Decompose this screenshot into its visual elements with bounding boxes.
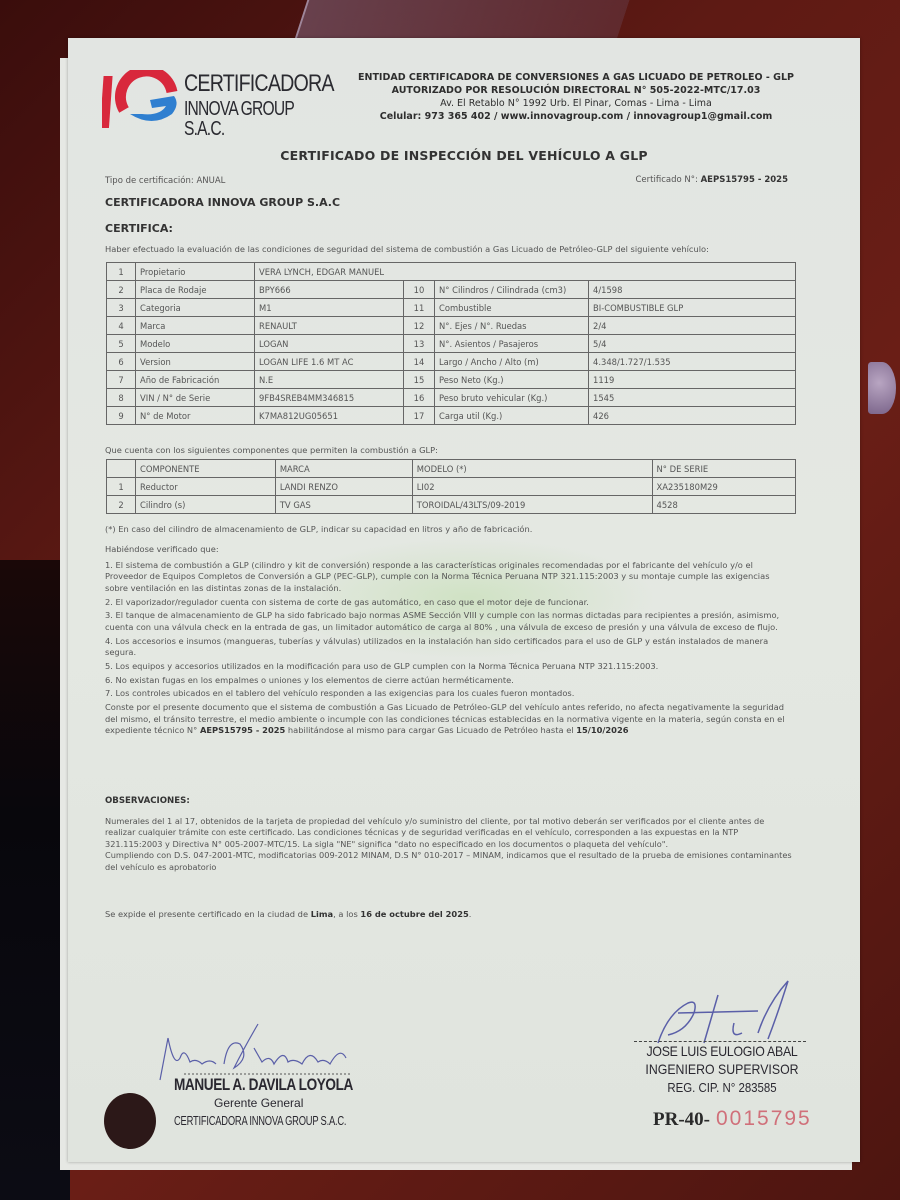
- manager-role: Gerente General: [214, 1096, 303, 1110]
- row-label-2: N°. Asientos / Pasajeros: [435, 335, 589, 353]
- supervisor-signature: [638, 973, 798, 1048]
- supervisor-role: INGENIERO SUPERVISOR: [645, 1061, 800, 1077]
- row-label: VIN / N° de Serie: [136, 389, 255, 407]
- components-note: (*) En caso del cilindro de almacenamien…: [105, 524, 532, 534]
- table-row: 4MarcaRENAULT12N°. Ejes / N°. Ruedas2/4: [107, 317, 796, 335]
- row-label-2: Carga util (Kg.): [435, 407, 589, 425]
- table-row: 3CategoriaM111CombustibleBI-COMBUSTIBLE …: [107, 299, 796, 317]
- row-value: LOGAN LIFE 1.6 MT AC: [255, 353, 404, 371]
- table-cell: TV GAS: [275, 496, 412, 514]
- row-value-2: 5/4: [589, 335, 796, 353]
- row-number-2: 14: [404, 353, 435, 371]
- cert-number: Certificado N°: AEPS15795 - 2025: [636, 175, 789, 185]
- table-cell: 1: [107, 478, 136, 496]
- row-label-2: N°. Ejes / N°. Ruedas: [435, 317, 589, 335]
- row-number-2: 11: [404, 299, 435, 317]
- table-cell: Cilindro (s): [136, 496, 276, 514]
- conste-paragraph: Conste por el presente documento que el …: [105, 702, 795, 736]
- verification-item: 4. Los accesorios e insumos (mangueras, …: [105, 636, 795, 659]
- row-number: 8: [107, 389, 136, 407]
- table-row: 2Placa de RodajeBPY66610N° Cilindros / C…: [107, 281, 796, 299]
- certifica-heading: CERTIFICA:: [105, 222, 173, 235]
- components-intro: Que cuenta con los siguientes componente…: [105, 445, 438, 455]
- verification-item: 3. El tanque de almacenamiento de GLP ha…: [105, 610, 795, 633]
- table-cell: XA235180M29: [652, 478, 795, 496]
- row-value: LOGAN: [255, 335, 404, 353]
- serial-number: 0015795: [716, 1107, 812, 1130]
- row-label: Año de Fabricación: [136, 371, 255, 389]
- row-number-2: 15: [404, 371, 435, 389]
- serial-prefix: PR-40-: [653, 1109, 710, 1130]
- company-name: CERTIFICADORA INNOVA GROUP S.A.C: [105, 196, 340, 209]
- table-row: 9N° de MotorK7MA812UG0565117Carga util (…: [107, 407, 796, 425]
- table-row: 1ReductorLANDI RENZOLI02XA235180M29: [107, 478, 796, 496]
- ig-logo-icon: [102, 70, 182, 130]
- row-number: 6: [107, 353, 136, 371]
- row-label: Categoria: [136, 299, 255, 317]
- row-value-2: 1545: [589, 389, 796, 407]
- table-cell: TOROIDAL/43LTS/09-2019: [412, 496, 652, 514]
- row-number-2: 16: [404, 389, 435, 407]
- row-number-2: 10: [404, 281, 435, 299]
- row-value: M1: [255, 299, 404, 317]
- observation-p2: Cumpliendo con D.S. 047-2001-MTC, modifi…: [105, 850, 795, 873]
- row-value-2: 1119: [589, 371, 796, 389]
- verification-intro: Habiéndose verificado que:: [105, 544, 219, 554]
- row-label: N° de Motor: [136, 407, 255, 425]
- table-cell: 4528: [652, 496, 795, 514]
- observation-p1: Numerales del 1 al 17, obtenidos de la t…: [105, 816, 795, 850]
- observations-body: Numerales del 1 al 17, obtenidos de la t…: [105, 816, 795, 873]
- table-row: 7Año de FabricaciónN.E15Peso Neto (Kg.)1…: [107, 371, 796, 389]
- logo-line1: CERTIFICADORA: [184, 72, 334, 96]
- row-number-2: 17: [404, 407, 435, 425]
- row-number: 5: [107, 335, 136, 353]
- row-number: 1: [107, 263, 136, 281]
- table-row: 1 Propietario VERA LYNCH, EDGAR MANUEL: [107, 263, 796, 281]
- table-cell: LANDI RENZO: [275, 478, 412, 496]
- verification-items: 1. El sistema de combustión a GLP (cilin…: [105, 560, 795, 739]
- column-header: MARCA: [275, 460, 412, 478]
- verification-item: 7. Los controles ubicados en el tablero …: [105, 688, 795, 699]
- row-number-2: 12: [404, 317, 435, 335]
- row-number: 9: [107, 407, 136, 425]
- row-number: 2: [107, 281, 136, 299]
- manager-name: MANUEL A. DAVILA LOYOLA: [174, 1075, 353, 1095]
- entity-address: Av. El Retablo N° 1992 Urb. El Pinar, Co…: [346, 97, 806, 110]
- table-cell: Reductor: [136, 478, 276, 496]
- verification-item: 1. El sistema de combustión a GLP (cilin…: [105, 560, 795, 594]
- row-number: 7: [107, 371, 136, 389]
- expediente-number: AEPS15795 - 2025: [200, 725, 285, 735]
- column-header: N° DE SERIE: [652, 460, 795, 478]
- cert-number-label: Certificado N°:: [636, 175, 698, 185]
- row-label-2: N° Cilindros / Cilindrada (cm3): [435, 281, 589, 299]
- row-value-2: 426: [589, 407, 796, 425]
- row-label: Propietario: [136, 263, 255, 281]
- form-serial: PR-40-0015795: [653, 1107, 812, 1131]
- row-label-2: Combustible: [435, 299, 589, 317]
- row-number: 4: [107, 317, 136, 335]
- entity-info: ENTIDAD CERTIFICADORA DE CONVERSIONES A …: [346, 71, 806, 123]
- supervisor-name: JOSE LUIS EULOGIO ABAL: [645, 1043, 800, 1059]
- entity-line2: AUTORIZADO POR RESOLUCIÓN DIRECTORAL N° …: [346, 84, 806, 97]
- company-logo: CERTIFICADORA INNOVA GROUP S.A.C.: [102, 68, 302, 133]
- vehicle-table: 1 Propietario VERA LYNCH, EDGAR MANUEL 2…: [106, 262, 796, 425]
- cert-type-label: Tipo de certificación:: [105, 176, 194, 186]
- issued-city: Lima: [311, 909, 333, 919]
- row-value: RENAULT: [255, 317, 404, 335]
- observations-title: OBSERVACIONES:: [105, 796, 190, 806]
- table-cell: LI02: [412, 478, 652, 496]
- verification-item: 5. Los equipos y accesorios utilizados e…: [105, 661, 795, 672]
- hole-punch-mark: [104, 1093, 156, 1149]
- row-value: N.E: [255, 371, 404, 389]
- row-value-2: 4/1598: [589, 281, 796, 299]
- table-row: 2Cilindro (s)TV GASTOROIDAL/43LTS/09-201…: [107, 496, 796, 514]
- valid-until-date: 15/10/2026: [576, 725, 628, 735]
- supervisor-reg: REG. CIP. N° 283585: [645, 1080, 800, 1095]
- column-header: MODELO (*): [412, 460, 652, 478]
- row-label-2: Peso Neto (Kg.): [435, 371, 589, 389]
- signature-line: [634, 1041, 806, 1042]
- row-value: BPY666: [255, 281, 404, 299]
- row-number: 3: [107, 299, 136, 317]
- column-header: COMPONENTE: [136, 460, 276, 478]
- certificate-page: CERTIFICADORA INNOVA GROUP S.A.C. ENTIDA…: [68, 38, 860, 1162]
- row-label-2: Peso bruto vehicular (Kg.): [435, 389, 589, 407]
- components-table: COMPONENTEMARCAMODELO (*)N° DE SERIE1Red…: [106, 459, 796, 514]
- row-value-2: BI-COMBUSTIBLE GLP: [589, 299, 796, 317]
- verification-item: 6. No existan fugas en los empalmes o un…: [105, 675, 795, 686]
- table-cell: 2: [107, 496, 136, 514]
- cert-type-value: ANUAL: [196, 176, 225, 186]
- verification-item: 2. El vaporizador/regulador cuenta con s…: [105, 597, 795, 608]
- evaluation-intro: Haber efectuado la evaluación de las con…: [105, 244, 709, 254]
- row-label: Placa de Rodaje: [136, 281, 255, 299]
- column-header: [107, 460, 136, 478]
- cert-number-value: AEPS15795 - 2025: [701, 175, 788, 185]
- logo-line2: INNOVA GROUP S.A.C.: [184, 99, 326, 139]
- document-title: CERTIFICADO DE INSPECCIÓN DEL VEHÍCULO A…: [68, 148, 860, 163]
- table-row: 5ModeloLOGAN13N°. Asientos / Pasajeros5/…: [107, 335, 796, 353]
- row-label-2: Largo / Ancho / Alto (m): [435, 353, 589, 371]
- row-value-2: 4.348/1.727/1.535: [589, 353, 796, 371]
- row-value: K7MA812UG05651: [255, 407, 404, 425]
- table-row: 8VIN / N° de Serie9FB4SREB4MM34681516Pes…: [107, 389, 796, 407]
- row-number-2: 13: [404, 335, 435, 353]
- manager-company: CERTIFICADORA INNOVA GROUP S.A.C.: [174, 1113, 346, 1128]
- row-value-2: 2/4: [589, 317, 796, 335]
- entity-contact: Celular: 973 365 402 / www.innovagroup.c…: [346, 110, 806, 123]
- row-label: Marca: [136, 317, 255, 335]
- binder-clip: [868, 362, 896, 414]
- table-header-row: COMPONENTEMARCAMODELO (*)N° DE SERIE: [107, 460, 796, 478]
- row-value: VERA LYNCH, EDGAR MANUEL: [255, 263, 796, 281]
- entity-line1: ENTIDAD CERTIFICADORA DE CONVERSIONES A …: [346, 71, 806, 84]
- row-label: Version: [136, 353, 255, 371]
- row-label: Modelo: [136, 335, 255, 353]
- issued-statement: Se expide el presente certificado en la …: [105, 909, 471, 919]
- issued-date: 16 de octubre del 2025: [360, 909, 468, 919]
- row-value: 9FB4SREB4MM346815: [255, 389, 404, 407]
- table-row: 6VersionLOGAN LIFE 1.6 MT AC14Largo / An…: [107, 353, 796, 371]
